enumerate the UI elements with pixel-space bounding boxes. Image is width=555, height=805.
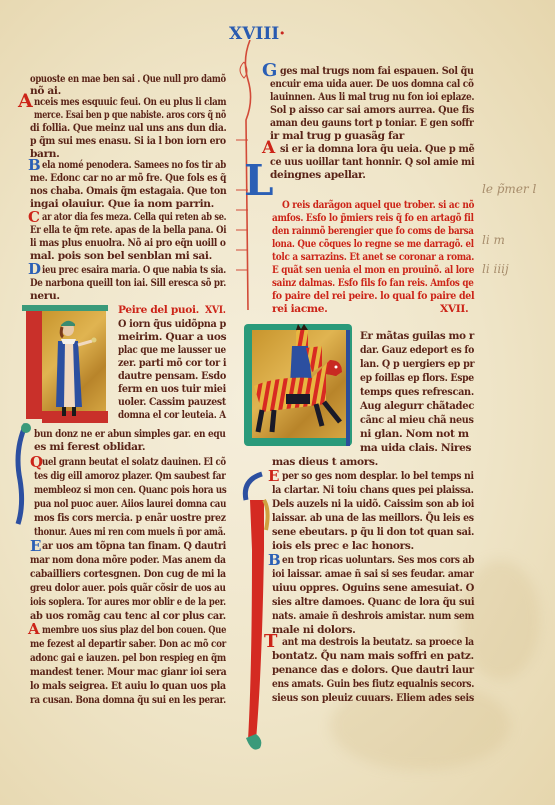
text-line: temps ques refrescan. (360, 386, 474, 399)
text-line: nats. amaie ñ deshrois amistar. num sem (272, 610, 474, 623)
text-line: ab uos romãg cau tenc al cor plus car. (30, 610, 226, 623)
text-line: sieus son pleuiz cuuars. Eliem ades seis (272, 692, 474, 705)
text-line: la clartar. Ni toiu chans ques pei plais… (272, 484, 474, 497)
text-line: lo mals seigrea. Et auiu lo quan uos pla (30, 680, 226, 693)
text-line: De narbona queill ton iai. Sill eresca s… (30, 277, 226, 290)
rubric-line: E quãt sen uenia el mon en prouinõ. al l… (272, 264, 474, 277)
text-line: neru. (30, 290, 60, 303)
rubric-number: XVI. (205, 304, 226, 317)
text-line: tes dig eill amoroz plazer. Qm saubest f… (34, 470, 226, 483)
text-line: Sol p aisso car sai amors aurrea. Que fi… (270, 104, 474, 117)
rubric-line: den rainmõ berengier que fo coms de bars… (272, 225, 474, 238)
text-line: ingai olauiur. Que ia nom parrin. (30, 198, 214, 211)
rubric-line: lona. Que cõques lo regne se me darragõ.… (272, 238, 474, 251)
text-line: plac que me lausser ue (118, 344, 226, 357)
text-line: ar uos am tõpna tan finam. Q dautri (42, 540, 226, 553)
text-line: greu dolor auer. pois quãr cõsir de uos … (30, 582, 226, 595)
text-line: iois soplera. Tor aures mor oblir e de l… (30, 596, 226, 609)
initial-letter: C (28, 210, 40, 225)
text-line: Aug alegurr chãtadec (360, 400, 474, 413)
initial-letter: D (28, 262, 41, 277)
text-line: membre uos sius plaz del bon couen. Que (42, 624, 226, 637)
marginal-note: li iiij (482, 262, 509, 276)
initial-letter: B (268, 553, 281, 568)
text-line: laissar. ab una de las meillors. Q̃u lei… (272, 512, 474, 525)
text-line: me. Edonc car no ar mõ fre. Que fols es … (30, 172, 226, 185)
text-line: sene ebeutars. p q̃u li don tot quan sai… (272, 526, 474, 539)
text-line: meirim. Quar a uos (118, 331, 226, 344)
text-line: deingnes apellar. (270, 169, 366, 182)
text-line: en trop ricas uoluntars. Ses mos cors ab (282, 554, 474, 567)
text-line: mos fis cors mercia. p enãr uostre prez (34, 512, 226, 525)
text-line: aman deu gauns tort p toniar. E gen soff… (270, 117, 474, 130)
rubric-line: fo paire del rei peire. lo qual fo paire… (272, 290, 474, 303)
text-line: li mas plus enuolra. Nõ ai pro eq̃n uoil… (30, 237, 226, 250)
text-line: Dels auzels ni la uidõ. Caissim son ab i… (272, 498, 474, 511)
rubric-line: tolc a sarrazins. Et anet se coronar a r… (272, 251, 474, 264)
text-line: ioi laissar. amae ñ sai si ses feudar. a… (272, 568, 474, 581)
text-line: cabailliers cortesgnen. Don cug de mi la (30, 568, 226, 581)
text-line: mar nom dona mõre poder. Mas anem da (30, 554, 226, 567)
text-line: es mi ferest oblidar. (34, 441, 145, 454)
text-line: lauinnen. Aus li mal trug nu fon ioi epl… (270, 91, 474, 104)
text-line: uel grann beutat el solatz dauinen. El c… (42, 456, 226, 469)
text-line: si er ia domna lora q̃u ueia. Que p mẽ (280, 143, 474, 156)
text-line: Er ella te q̃m rete. apas de la bella pa… (30, 224, 226, 237)
rubric-line: O reis darãgon aquel que trober. si ac n… (282, 199, 474, 212)
text-line: ferm en uos tuir miei (118, 383, 226, 396)
initial-letter: A (262, 141, 275, 156)
initial-tail-flourish-icon (12, 420, 36, 530)
text-line: ir mal trug p guasãg far (270, 130, 404, 143)
text-line: nceis mes esquuic feui. On eu plus li cl… (34, 96, 226, 109)
initial-letter: T (264, 634, 277, 649)
text-line: encuir ema uida auer. De uos domna cal c… (270, 78, 474, 91)
text-line: ant ma destrois la beutatz. sa proece la (282, 636, 474, 649)
rubric-line: rei iacme. (272, 303, 328, 316)
troubadour-figure-icon (42, 311, 106, 423)
initial-stem (26, 311, 42, 419)
manuscript-page: XVIII· opuoste en mae ben sai . Que null… (0, 0, 555, 805)
text-line: adonc gai e iauzen. pel bon respieg en q… (30, 652, 226, 665)
king-knight-miniature (244, 316, 356, 448)
rubric-number: XVII. (440, 303, 468, 316)
marginal-note: li m (482, 233, 505, 247)
text-line: mandest tener. Mour mac gianr ioi sera (30, 666, 226, 679)
text-line: penance das e dolors. Que dautri laur (272, 664, 474, 677)
text-line: ela nomé penodera. Samees no fos tir ab (42, 159, 226, 172)
text-line: membleoz si mon cen. Quanc pois hora us (34, 484, 226, 497)
text-line: dar. Gauz edeport es fo (360, 344, 474, 357)
text-line: ens amats. Guin bes fiutz equalnis secor… (272, 678, 474, 691)
marginal-note: le p̃mer l (482, 182, 536, 196)
text-line: ar ator dia fes meza. Cella qui reten ab… (42, 211, 226, 224)
text-line: cãnc al mieu chã neus (360, 414, 474, 427)
text-line: pua nol puoc auer. Aiios laurei domna ca… (34, 498, 226, 511)
text-line: per so ges nom desplar. lo bel temps ni (282, 470, 474, 483)
initial-letter: B (28, 158, 41, 173)
text-line: p q̃m sui mes enasu. Si ia l bon iorn er… (30, 135, 226, 148)
text-line: ni glan. Nom not m (360, 428, 469, 441)
text-line: mas dieus t amors. (272, 456, 378, 469)
text-line: ma uida clais. Nires (360, 442, 471, 455)
initial-letter: A (18, 94, 33, 109)
initial-letter: E (268, 469, 279, 484)
initial-letter: G (262, 63, 277, 78)
rubric-author: Peire del puoi. (118, 304, 199, 317)
text-line: lan. Q p uergiers ep pr (360, 358, 474, 371)
text-line: O iorn q̃us uidõpna p (118, 318, 226, 331)
text-line: Er mãtas guilas mo r (360, 330, 474, 343)
text-line: nos chaba. Omais q̃m estagaia. Que ton (30, 185, 226, 198)
text-line: uoler. Cassim pauzest (118, 396, 226, 409)
text-line: zer. parti mõ cor tor i (118, 357, 226, 370)
text-line: mal. pois son bel senblan mi sai. (30, 250, 212, 263)
text-line: sies altre damoes. Quanc de lora q̃u sui (272, 596, 474, 609)
rubric-line: sainz dalmas. Esfo fils fo fan reis. Amf… (272, 277, 474, 290)
text-line: thonur. Aues mi ren com muels ñ por amã. (34, 526, 226, 539)
initial-letter: A (28, 622, 40, 637)
text-line: iois els prec e lac honors. (272, 540, 414, 553)
text-line: bontatz. Q̃u nam mais soffri en patz. (272, 650, 474, 663)
text-line: ges mal trugs nom fai espauen. Sol q̃u (280, 65, 474, 78)
text-line: uiuu oppres. Oguins sene amesuiat. O (272, 582, 474, 595)
text-line: ieu prec esaira maria. O que nabia ts si… (42, 264, 226, 277)
text-line: ep foillas ep flors. Espe (360, 372, 474, 385)
text-line: dautre pensam. Esdo (118, 370, 226, 383)
initial-letter: E (30, 539, 41, 554)
rubric-line: amfos. Esfo lo p̃miers reis q̃ fo en art… (272, 212, 474, 225)
text-line: di follia. Que meinz ual uns ans dun dia… (30, 122, 226, 135)
knight-on-horse-icon (246, 316, 352, 448)
text-line: bun donz ne er abun simples gar. en equ (34, 428, 226, 441)
text-line: merce. Esai ben p que nabiste. aros cors… (34, 109, 226, 122)
text-line: ce uus uoillar tant honnir. Q sol amie m… (270, 156, 474, 169)
text-line: me fezest al departir saber. Don ac mõ c… (30, 638, 226, 651)
troubadour-miniature (20, 305, 110, 427)
text-line: domna el cor leuteia. A (118, 409, 226, 422)
text-line: ra cusan. Bona domna q̃u sui en les pera… (30, 694, 226, 707)
